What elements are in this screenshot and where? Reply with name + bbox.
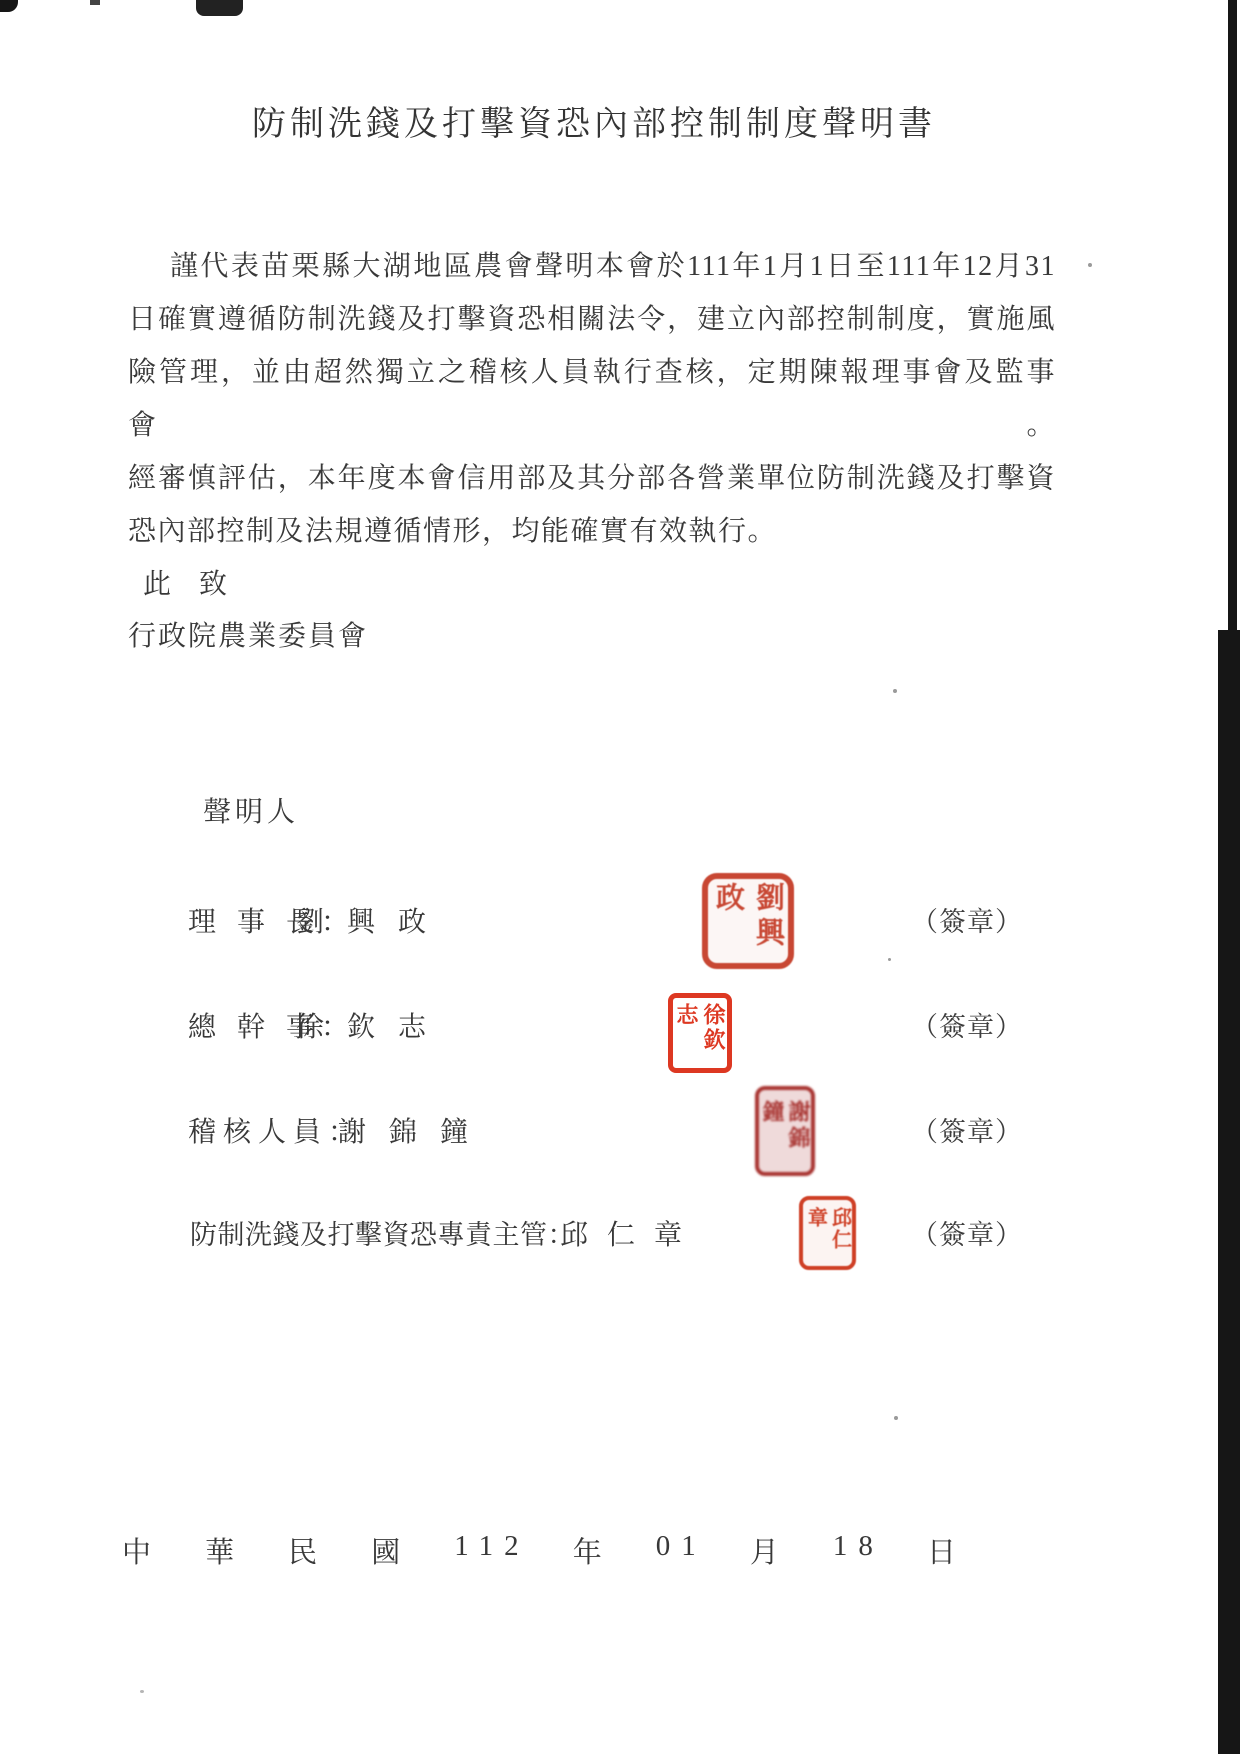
scan-artifact-top-blob (196, 0, 243, 16)
body-line: 恐內部控制及法規遵循情形，均能確實有效執行。 (128, 505, 1056, 558)
scan-speckle (140, 1690, 144, 1693)
scan-speckle (894, 1416, 898, 1420)
seal-stamp: 謝錦鐘 (755, 1086, 815, 1176)
signature-label: （簽章） (911, 1005, 1023, 1044)
seal-text: 劉興政 (708, 882, 788, 960)
document-page: 防制洗錢及打擊資恐內部控制制度聲明書 謹代表苗栗縣大湖地區農會聲明本會於111年… (0, 0, 1240, 1754)
closing-recipient: 行政院農業委員會 (128, 614, 368, 654)
date-segment: 民 (288, 1530, 328, 1571)
scan-artifact-right-edge (1218, 630, 1240, 1754)
seal-text: 徐欽志 (673, 1003, 727, 1063)
declarant-role: 防制洗錢及打擊資恐專責主管： (190, 1213, 575, 1252)
seal-stamp: 邱仁章 (799, 1196, 856, 1270)
signature-row-general-manager: 總 幹 事： 徐 欽 志 徐欽志 （簽章） (0, 1005, 1240, 1047)
date-line: 中 華 民 國 112 年 01 月 18 日 (122, 1530, 967, 1571)
date-segment: 國 (371, 1530, 411, 1571)
scan-speckle (1088, 263, 1092, 267)
date-segment: 華 (205, 1530, 245, 1571)
body-line: 經審慎評估，本年度本會信用部及其分部各營業單位防制洗錢及打擊資 (128, 452, 1056, 505)
signature-label: （簽章） (911, 1213, 1023, 1252)
date-segment: 中 (122, 1530, 162, 1571)
seal-stamp: 劉興政 (702, 873, 794, 969)
body-line: 謹代表苗栗縣大湖地區農會聲明本會於111年1月1日至111年12月31 (128, 240, 1056, 293)
declarant-name: 邱 仁 章 (560, 1213, 688, 1253)
date-segment: 月 (750, 1530, 790, 1571)
seal-stamp: 徐欽志 (668, 993, 732, 1073)
declarant-name: 劉 興 政 (296, 900, 434, 940)
body-line: 日確實遵循防制洗錢及打擊資恐相關法令，建立內部控制制度，實施風 (128, 293, 1056, 346)
declarant-role: 稽核人員： (188, 1110, 363, 1150)
date-segment: 日 (927, 1530, 967, 1571)
signature-row-chairman: 理 事 長： 劉 興 政 劉興政 （簽章） (0, 900, 1240, 942)
scan-speckle (888, 958, 891, 961)
date-segment: 18 (833, 1530, 884, 1571)
scan-artifact-right-edge (1228, 0, 1237, 640)
body-line: 險管理，並由超然獨立之稽核人員執行查核，定期陳報理事會及監事會。 (128, 346, 1056, 452)
declarant-name: 謝 錦 鐘 (338, 1110, 476, 1150)
date-segment: 112 (454, 1530, 529, 1571)
date-segment: 年 (573, 1530, 613, 1571)
scan-speckle (893, 689, 897, 693)
declaration-body: 謹代表苗栗縣大湖地區農會聲明本會於111年1月1日至111年12月31 日確實遵… (128, 240, 1056, 558)
scan-artifact-top-mark (90, 0, 100, 5)
date-segment: 01 (656, 1530, 707, 1571)
document-title: 防制洗錢及打擊資恐內部控制制度聲明書 (252, 96, 936, 145)
seal-text: 謝錦鐘 (759, 1100, 811, 1162)
signature-label: （簽章） (911, 1110, 1023, 1149)
scan-artifact-corner (0, 0, 18, 12)
declarant-name: 徐 欽 志 (296, 1005, 434, 1045)
signature-label: （簽章） (911, 900, 1023, 939)
signature-row-aml-officer: 防制洗錢及打擊資恐專責主管： 邱 仁 章 邱仁章 （簽章） (0, 1213, 1240, 1255)
closing-salute: 此 致 (143, 562, 227, 602)
signature-row-auditor: 稽核人員： 謝 錦 鐘 謝錦鐘 （簽章） (0, 1110, 1240, 1152)
seal-text: 邱仁章 (804, 1207, 852, 1259)
declarant-heading: 聲明人 (203, 790, 299, 830)
